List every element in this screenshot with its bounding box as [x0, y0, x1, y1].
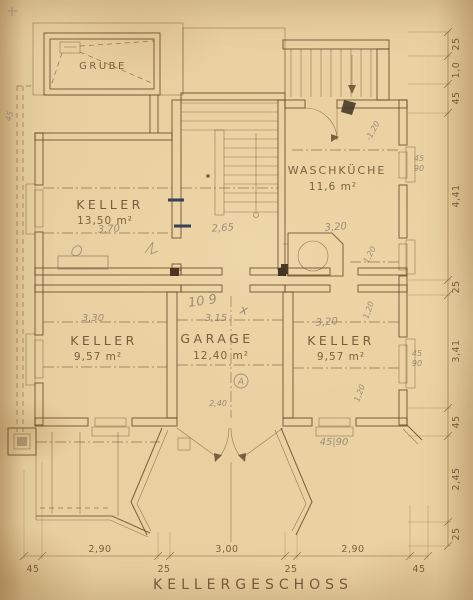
dim-right-2: 45 — [451, 91, 462, 104]
window-right-2 — [399, 240, 415, 274]
room-label-garage: GARAGE — [180, 331, 253, 346]
dim-bottom-seg-2: 2,90 — [341, 544, 364, 555]
retaining-wall — [403, 425, 422, 444]
dim-right-1: 1,0 — [451, 62, 462, 79]
dim-bottom-small-2: 25 — [284, 564, 297, 575]
dim-right-7: 2,45 — [451, 467, 462, 490]
room-area-keller-se: 9,57 m² — [317, 351, 365, 363]
corner-mark — [8, 7, 17, 16]
pencil-door-height-1: -1,20 — [364, 120, 382, 143]
dim-bottom-seg-0: 2,90 — [88, 544, 111, 555]
entry-door-leaf — [341, 100, 356, 115]
pencil-garage-note: 10 9 — [187, 292, 218, 311]
dim-right-0: 25 — [451, 37, 462, 50]
floor-plan-drawing: GRUBE — [0, 0, 473, 600]
pencil-keller-se-width: 3,20 — [315, 316, 338, 329]
room-area-waschkueche: 11,6 m² — [309, 181, 357, 193]
areaway — [36, 432, 150, 537]
room-label-waschkueche: WASCHKÜCHE — [288, 164, 387, 177]
room-labels: KELLER 13,50 m² WASCHKÜCHE 11,6 m² KELLE… — [70, 164, 386, 363]
pencil-annotations: 3,70 2,65 3,30 3,15 10 9 x A 2,40 3,20 3… — [4, 110, 424, 448]
walls — [35, 93, 407, 426]
dimension-chain-right: 25 1,0 45 4,41 25 3,41 45 2,45 25 — [408, 28, 462, 550]
room-label-keller-large: KELLER — [76, 197, 144, 212]
pencil-garage-mark: x — [237, 302, 249, 319]
dim-right-3: 4,41 — [451, 184, 462, 207]
pencil-sketch — [58, 242, 158, 269]
plan-title: KELLERGESCHOSS — [153, 577, 353, 593]
pencil-keller-large-width: 3,70 — [97, 223, 120, 235]
pencil-waschkueche-width: 3,20 — [324, 221, 347, 234]
pencil-window-45-b: 45 — [412, 349, 422, 358]
blue-ink-dashes — [168, 200, 191, 226]
pencil-garage-width: 3,15 — [205, 313, 227, 324]
wall-fills — [168, 200, 286, 276]
dim-bottom-small-3: 45 — [412, 564, 425, 575]
dim-right-6: 45 — [451, 415, 462, 428]
floor-plan-sheet: GRUBE — [0, 0, 473, 600]
stair-dot — [206, 174, 210, 178]
dim-bottom-seg-1: 3,00 — [215, 544, 238, 555]
dimension-chain-bottom: 2,90 3,00 2,90 45 25 25 45 — [20, 462, 432, 575]
light-shaft — [8, 428, 36, 455]
pencil-note-120-b: 1,20 — [361, 300, 376, 320]
dim-bottom-small-1: 25 — [157, 564, 170, 575]
room-label-grube: GRUBE — [79, 61, 127, 72]
garage-door — [177, 428, 283, 542]
pencil-window-45-a: 45 — [414, 154, 424, 163]
chimney-boiler — [281, 233, 343, 276]
room-label-keller-se: KELLER — [307, 333, 375, 348]
room-label-keller-sw: KELLER — [70, 333, 138, 348]
exterior-stair — [283, 40, 389, 115]
pencil-garage-letter: A — [237, 378, 244, 388]
dim-right-5: 3,41 — [451, 339, 462, 362]
room-area-keller-sw: 9,57 m² — [74, 351, 122, 363]
interior-stair — [181, 103, 278, 218]
pencil-window-90-a: 90 — [414, 164, 424, 173]
grube-sump — [60, 42, 80, 53]
window-bottom-1 — [92, 418, 129, 436]
dim-bottom-small-0: 45 — [26, 564, 39, 575]
pencil-window-90-b: 90 — [412, 359, 422, 368]
pencil-stair-width: 2,65 — [211, 222, 234, 235]
pencil-keller-sw-width: 3,30 — [82, 313, 104, 324]
entry-door — [305, 108, 339, 142]
stair-arrow — [348, 85, 356, 94]
window-right-1 — [399, 147, 415, 182]
window-bottom-2 — [316, 418, 353, 436]
upper-outline — [33, 23, 285, 95]
pencil-window-note: 45|90 — [320, 437, 349, 448]
window-left-1 — [26, 184, 43, 234]
pencil-garage-door-width: 2,40 — [209, 399, 227, 408]
ramp-walls — [131, 428, 312, 535]
dim-right-4: 25 — [451, 280, 462, 293]
pencil-note-120-c: 1,20 — [352, 383, 367, 403]
dim-right-8: 25 — [451, 527, 462, 540]
room-grube: GRUBE — [44, 33, 160, 133]
pencil-left-edge: 45 — [4, 110, 15, 122]
window-left-2 — [26, 334, 43, 385]
room-area-garage: 12,40 m² — [193, 350, 249, 362]
